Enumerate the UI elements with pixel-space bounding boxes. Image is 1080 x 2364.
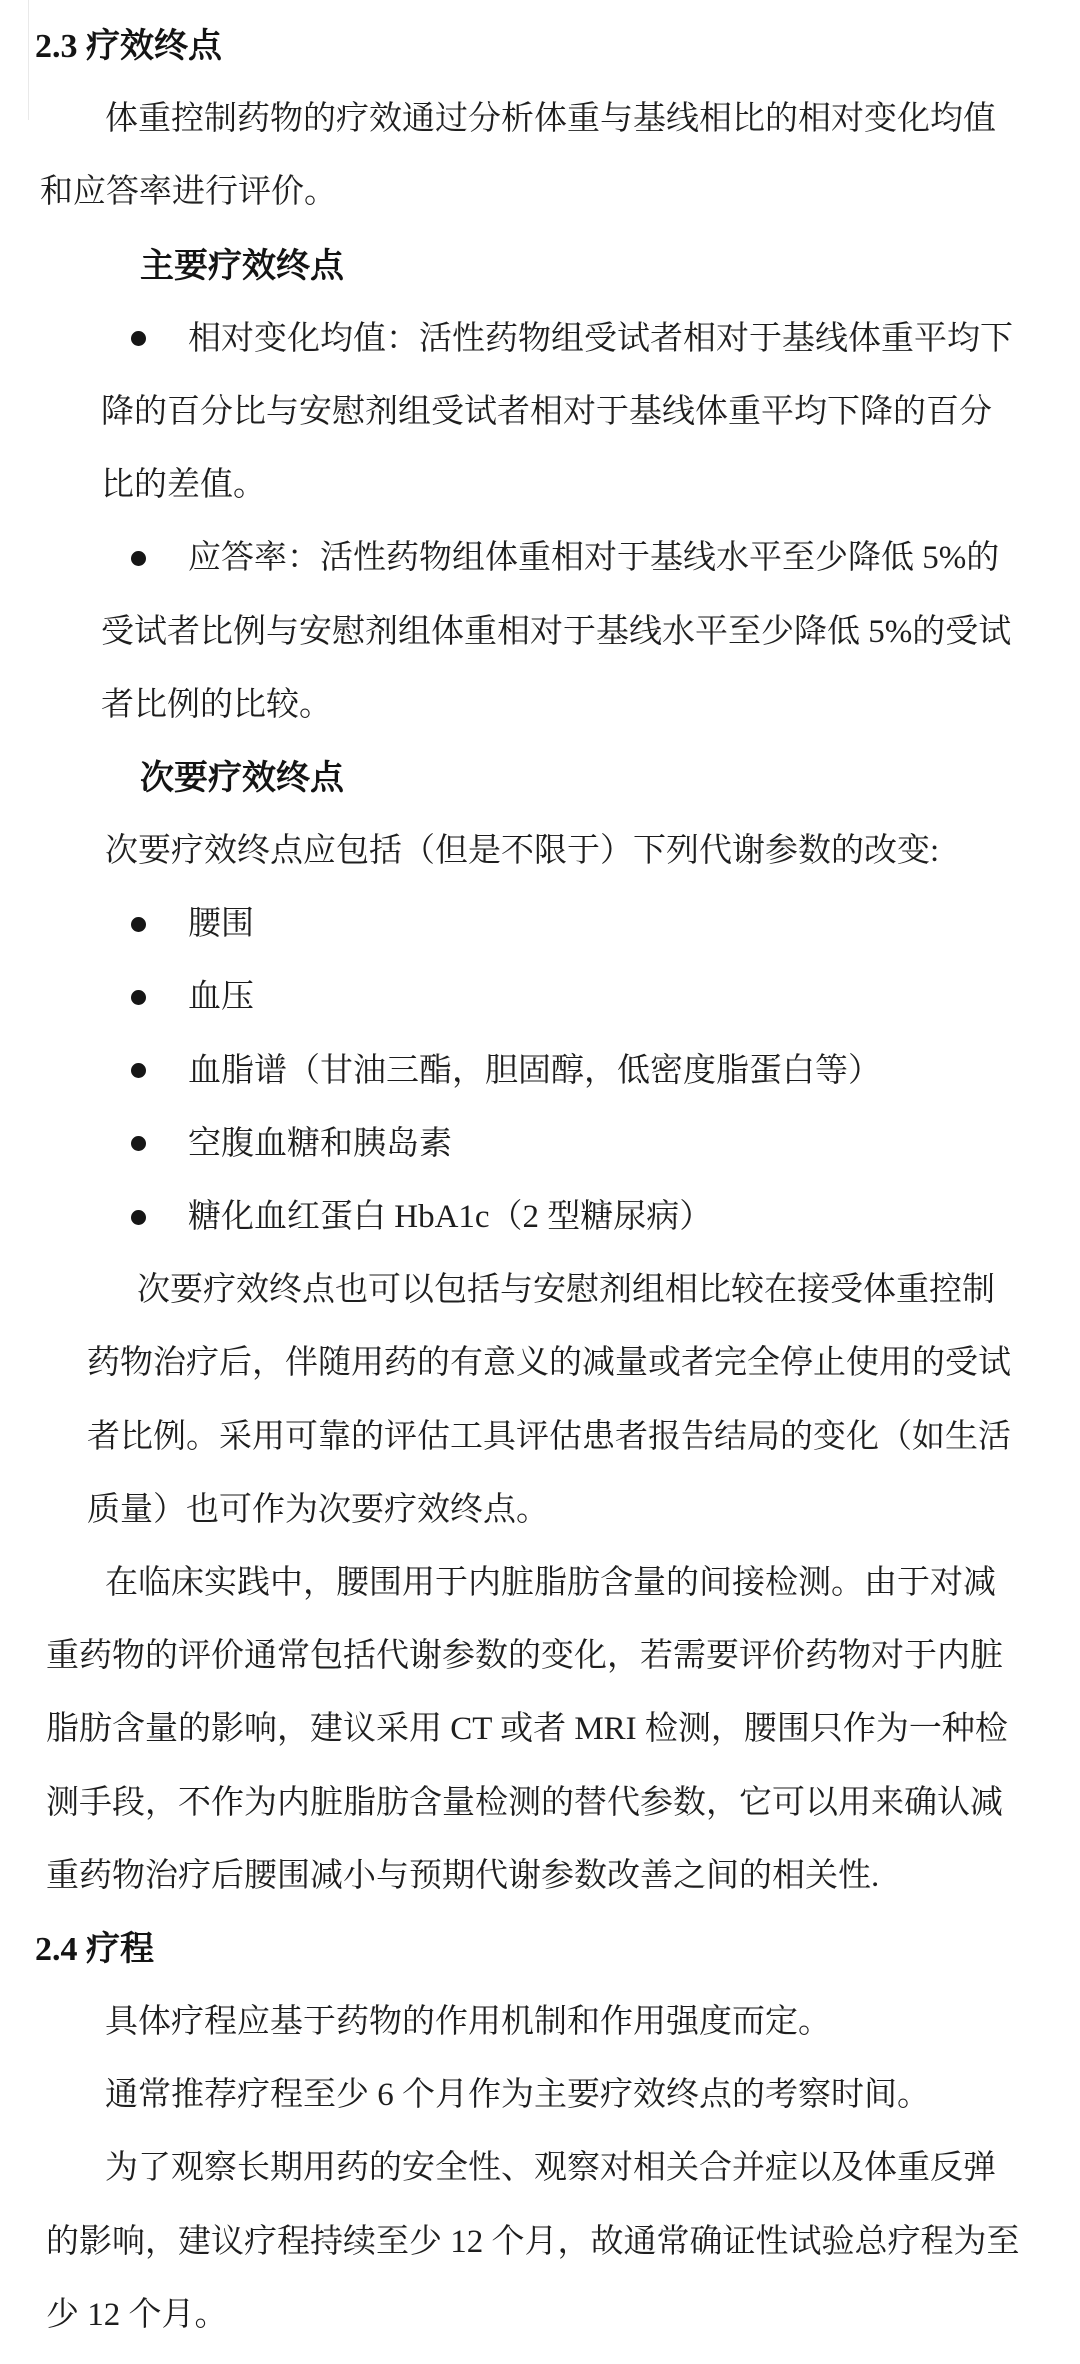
text-line: 具体疗程应基于药物的作用机制和作用强度而定。 — [0, 1986, 1080, 2059]
text-line: 次要疗效终点应包括（但是不限于）下列代谢参数的改变: — [0, 815, 1080, 888]
bullet-dot-icon — [131, 331, 146, 346]
bullet-dot-icon — [131, 1136, 146, 1151]
bullet-item-line: 降的百分比与安慰剂组受试者相对于基线体重平均下降的百分 — [0, 376, 1080, 449]
document-text-area: 2.3 疗效终点体重控制药物的疗效通过分析体重与基线相比的相对变化均值和应答率进… — [0, 10, 1080, 2352]
bullet-dot-icon — [131, 917, 146, 932]
bullet-dot-icon — [131, 990, 146, 1005]
text-line: 在临床实践中，腰围用于内脏脂肪含量的间接检测。由于对减 — [0, 1547, 1080, 1620]
sub-heading: 次要疗效终点 — [0, 742, 1080, 815]
bullet-item-line: 血压 — [0, 961, 1080, 1034]
text-line: 通常推荐疗程至少 6 个月作为主要疗效终点的考察时间。 — [0, 2059, 1080, 2132]
bullet-dot-icon — [131, 1063, 146, 1078]
bullet-item-line: 腰围 — [0, 888, 1080, 961]
text-line: 为了观察长期用药的安全性、观察对相关合并症以及体重反弹 — [0, 2132, 1080, 2205]
bullet-dot-icon — [131, 551, 146, 566]
text-line: 的影响，建议疗程持续至少 12 个月，故通常确证性试验总疗程为至 — [0, 2206, 1080, 2279]
text-line: 测手段，不作为内脏脂肪含量检测的替代参数，它可以用来确认减 — [0, 1767, 1080, 1840]
bullet-item-line: 糖化血红蛋白 HbA1c（2 型糖尿病） — [0, 1181, 1080, 1254]
bullet-dot-icon — [131, 1210, 146, 1225]
bullet-item-line: 血脂谱（甘油三酯，胆固醇，低密度脂蛋白等） — [0, 1035, 1080, 1108]
bullet-item-line: 受试者比例与安慰剂组体重相对于基线水平至少降低 5%的受试 — [0, 596, 1080, 669]
text-line: 体重控制药物的疗效通过分析体重与基线相比的相对变化均值 — [0, 83, 1080, 156]
bullet-item-line: 比的差值。 — [0, 449, 1080, 522]
section-heading: 2.4 疗程 — [0, 1913, 1080, 1986]
section-heading: 2.3 疗效终点 — [0, 10, 1080, 83]
bullet-item-line: 空腹血糖和胰岛素 — [0, 1108, 1080, 1181]
text-line: 重药物治疗后腰围减小与预期代谢参数改善之间的相关性. — [0, 1840, 1080, 1913]
text-line: 重药物的评价通常包括代谢参数的变化，若需要评价药物对于内脏 — [0, 1620, 1080, 1693]
bullet-item-line: 应答率：活性药物组体重相对于基线水平至少降低 5%的 — [0, 522, 1080, 595]
text-line: 脂肪含量的影响，建议采用 CT 或者 MRI 检测，腰围只作为一种检 — [0, 1693, 1080, 1766]
text-line: 和应答率进行评价。 — [0, 156, 1080, 229]
text-line: 次要疗效终点也可以包括与安慰剂组相比较在接受体重控制 — [0, 1254, 1080, 1327]
text-line: 药物治疗后，伴随用药的有意义的减量或者完全停止使用的受试 — [0, 1327, 1080, 1400]
bullet-item-line: 者比例的比较。 — [0, 669, 1080, 742]
text-line: 质量）也可作为次要疗效终点。 — [0, 1474, 1080, 1547]
document-page: 2.3 疗效终点体重控制药物的疗效通过分析体重与基线相比的相对变化均值和应答率进… — [0, 0, 1080, 2364]
text-line: 少 12 个月。 — [0, 2279, 1080, 2352]
sub-heading: 主要疗效终点 — [0, 230, 1080, 303]
bullet-item-line: 相对变化均值：活性药物组受试者相对于基线体重平均下 — [0, 303, 1080, 376]
text-line: 者比例。采用可靠的评估工具评估患者报告结局的变化（如生活 — [0, 1401, 1080, 1474]
